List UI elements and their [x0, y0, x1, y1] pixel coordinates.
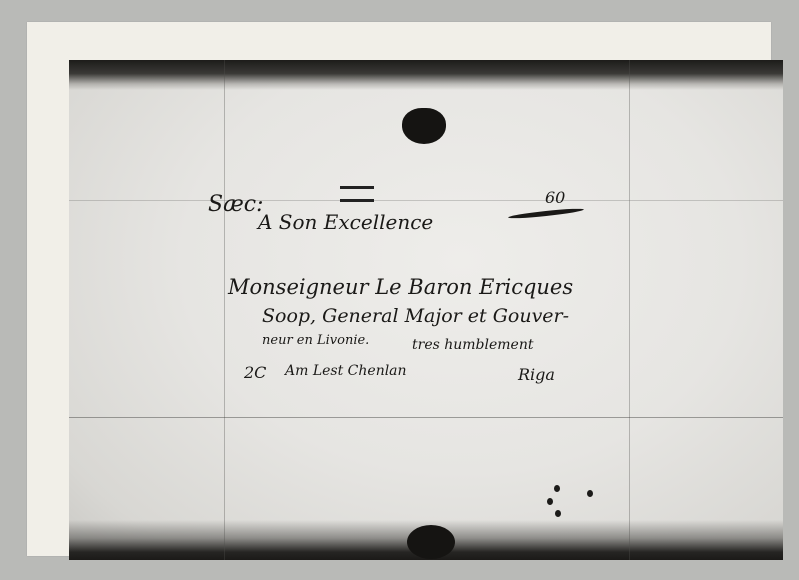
fold-line-bottom: [69, 417, 783, 418]
address-number: 2C: [244, 363, 266, 382]
destination: Riga: [518, 365, 555, 384]
stamp-mark: [340, 186, 374, 202]
corner-mark: 60: [545, 188, 565, 207]
ink-spot: [547, 498, 553, 505]
address-line-4: neur en Livonie.: [262, 333, 369, 348]
address-line-5: Am Lest Chenlan: [285, 363, 407, 379]
address-line-3: Soop, General Major et Gouver-: [262, 305, 569, 327]
ink-spot: [554, 485, 560, 492]
wax-seal-bottom-icon: [407, 525, 455, 559]
fold-line-top: [69, 200, 783, 201]
ink-spot: [555, 510, 561, 517]
address-line-2: Monseigneur Le Baron Ericques: [228, 275, 573, 299]
ink-spot: [587, 490, 593, 497]
top-shadow-band: [69, 60, 783, 90]
wax-seal-top-icon: [402, 108, 446, 144]
fold-line-left: [224, 60, 225, 560]
address-line-1: A Son Excellence: [258, 210, 433, 234]
address-annotation: tres humblement: [412, 337, 533, 353]
fold-line-right: [629, 60, 630, 560]
reference-mark: Sæc:: [208, 192, 263, 217]
